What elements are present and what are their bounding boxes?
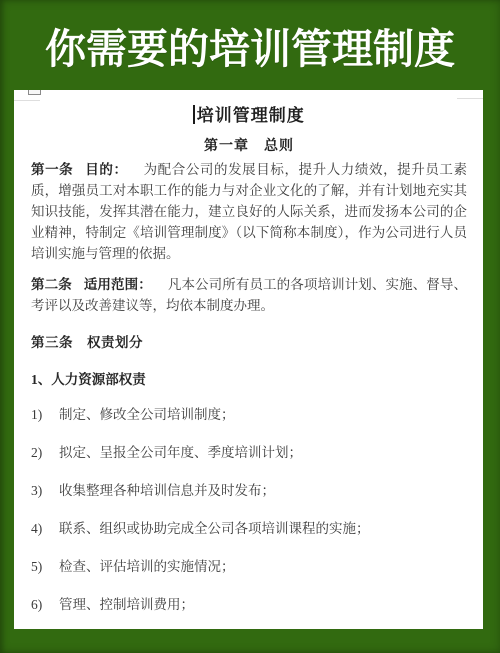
- document-title: 培训管理制度: [197, 106, 305, 125]
- article-purpose: 第一条目的：为配合公司的发展目标，提升人力绩效，提升员工素质，增强员工对本职工作…: [31, 159, 467, 264]
- document-page[interactable]: 培训管理制度 第一章 总则 第一条目的：为配合公司的发展目标，提升人力绩效，提升…: [14, 90, 483, 629]
- list-item: 1)制定、修改全公司培训制度；: [31, 404, 467, 425]
- list-item: 3)收集整理各种培训信息并及时发布；: [31, 480, 467, 501]
- section-heading: 第三条 权责划分: [31, 332, 467, 353]
- list-item-text: 收集整理各种培训信息并及时发布；: [59, 483, 275, 498]
- list-item-text: 管理、控制培训费用；: [59, 597, 194, 612]
- tab-marker-icon[interactable]: [28, 90, 41, 95]
- list-item: 5)检查、评估培训的实施情况；: [31, 556, 467, 577]
- list-item-number: 3): [31, 480, 59, 501]
- list-item-number: 4): [31, 518, 59, 539]
- duty-list: 1)制定、修改全公司培训制度； 2)拟定、呈报全公司年度、季度培训计划； 3)收…: [31, 404, 467, 629]
- list-item-text: 拟定、呈报全公司年度、季度培训计划；: [59, 445, 302, 460]
- text-boundary-left: [14, 100, 40, 101]
- subsection-heading: 1、人力资源部权责: [31, 369, 467, 390]
- list-item-number: 6): [31, 594, 59, 615]
- document-title-row: 培训管理制度: [31, 104, 467, 129]
- list-item: 4)联系、组织或协助完成全公司各项培训课程的实施；: [31, 518, 467, 539]
- article-scope: 第二条适用范围：凡本公司所有员工的各项培训计划、实施、督导、考评以及改善建议等，…: [31, 274, 467, 316]
- list-item-text: 制定、修改全公司培训制度；: [59, 407, 235, 422]
- screenshot-root: { "banner": { "title": "你需要的培训管理制度" }, "…: [0, 0, 500, 653]
- article-purpose-term: 目的：: [85, 162, 127, 177]
- article-purpose-label: 第一条: [31, 162, 73, 177]
- list-item-number: 5): [31, 556, 59, 577]
- list-item: 2)拟定、呈报全公司年度、季度培训计划；: [31, 442, 467, 463]
- list-item-number: 2): [31, 442, 59, 463]
- text-cursor: [193, 105, 195, 124]
- article-scope-label: 第二条: [31, 277, 72, 292]
- list-item: 6)管理、控制培训费用；: [31, 594, 467, 615]
- chapter-heading: 第一章 总则: [31, 137, 467, 157]
- document-content: 培训管理制度 第一章 总则 第一条目的：为配合公司的发展目标，提升人力绩效，提升…: [14, 90, 483, 629]
- banner-title: 你需要的培训管理制度: [45, 16, 455, 75]
- list-item-number: 1): [31, 404, 59, 425]
- list-item-text: 检查、评估培训的实施情况；: [59, 559, 235, 574]
- list-item-text: 联系、组织或协助完成全公司各项培训课程的实施；: [59, 521, 370, 536]
- banner: 你需要的培训管理制度: [0, 0, 500, 90]
- text-boundary-right: [457, 98, 483, 99]
- article-scope-term: 适用范围：: [84, 277, 152, 292]
